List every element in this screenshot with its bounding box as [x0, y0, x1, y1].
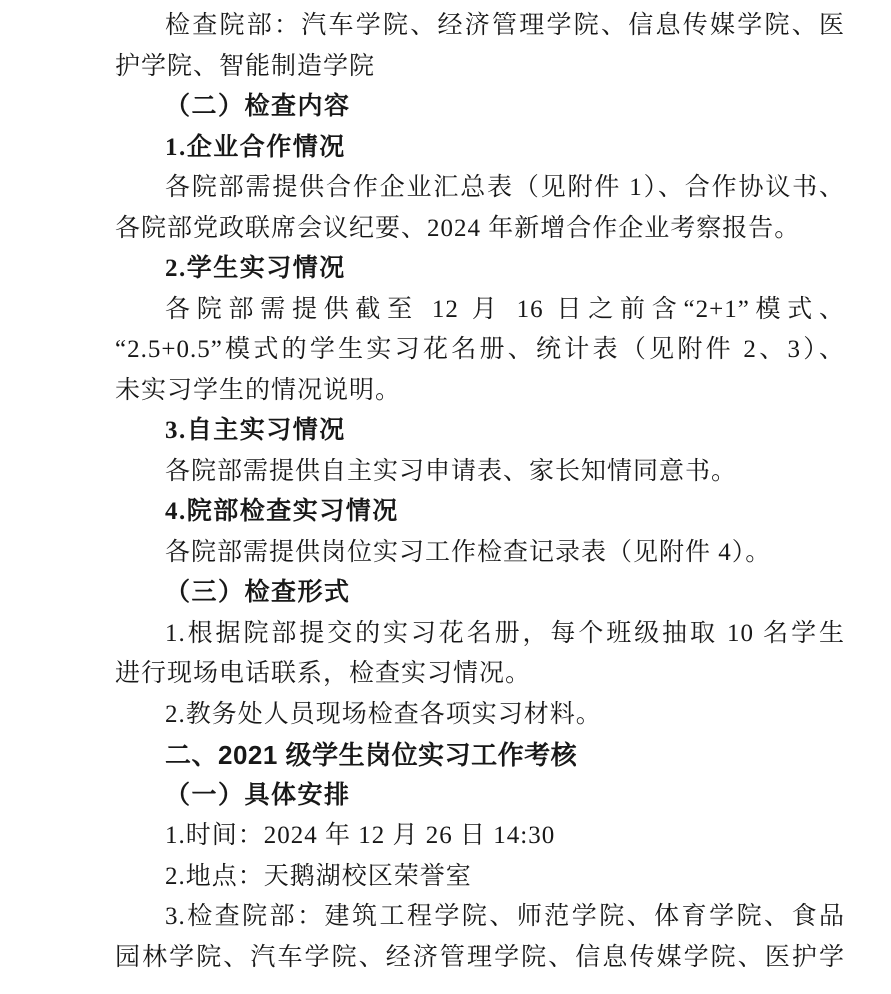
paragraph-line-onsite-check: 2.教务处人员现场检查各项实习材料。 — [115, 695, 845, 736]
heading-department-inspection: 4.院部检查实习情况 — [115, 492, 845, 533]
heading-inspection-form: （三）检查形式 — [115, 573, 845, 614]
paragraph-line-inspected-departments-cont: 护学院、智能制造学院 — [115, 47, 845, 88]
paragraph-line-location: 2.地点：天鹅湖校区荣誉室 — [115, 857, 845, 898]
paragraph-line-self-internship-materials: 各院部需提供自主实习申请表、家长知情同意书。 — [115, 452, 845, 493]
paragraph-line-assessed-departments: 3.检查院部：建筑工程学院、师范学院、体育学院、食品 — [115, 897, 845, 938]
paragraph-line-internship-roster-cont: “2.5+0.5”模式的学生实习花名册、统计表（见附件 2、3）、 — [115, 330, 845, 371]
heading-specific-arrangement: （一）具体安排 — [115, 776, 845, 817]
paragraph-line-assessed-departments-cont: 园林学院、汽车学院、经济管理学院、信息传媒学院、医护学 — [115, 938, 845, 979]
paragraph-line-cooperation-materials: 各院部需提供合作企业汇总表（见附件 1）、合作协议书、 — [115, 168, 845, 209]
paragraph-line-phone-check: 1.根据院部提交的实习花名册，每个班级抽取 10 名学生 — [115, 614, 845, 655]
paragraph-line-internship-roster: 各院部需提供截至 12 月 16 日之前含“2+1”模式、 — [115, 290, 845, 331]
paragraph-line-internship-roster-end: 未实习学生的情况说明。 — [115, 371, 845, 412]
paragraph-line-inspected-departments: 检查院部：汽车学院、经济管理学院、信息传媒学院、医 — [115, 6, 845, 47]
heading-inspection-content: （二）检查内容 — [115, 87, 845, 128]
paragraph-line-inspection-record: 各院部需提供岗位实习工作检查记录表（见附件 4）。 — [115, 533, 845, 574]
heading-enterprise-cooperation: 1.企业合作情况 — [115, 128, 845, 169]
paragraph-line-phone-check-cont: 进行现场电话联系，检查实习情况。 — [115, 654, 845, 695]
paragraph-line-cooperation-materials-cont: 各院部党政联席会议纪要、2024 年新增合作企业考察报告。 — [115, 209, 845, 250]
heading-student-internship: 2.学生实习情况 — [115, 249, 845, 290]
paragraph-line-time: 1.时间：2024 年 12 月 26 日 14:30 — [115, 816, 845, 857]
document-page: 检查院部：汽车学院、经济管理学院、信息传媒学院、医 护学院、智能制造学院 （二）… — [0, 0, 891, 994]
heading-2021-assessment: 二、2021 级学生岗位实习工作考核 — [115, 735, 845, 776]
heading-self-internship: 3.自主实习情况 — [115, 411, 845, 452]
